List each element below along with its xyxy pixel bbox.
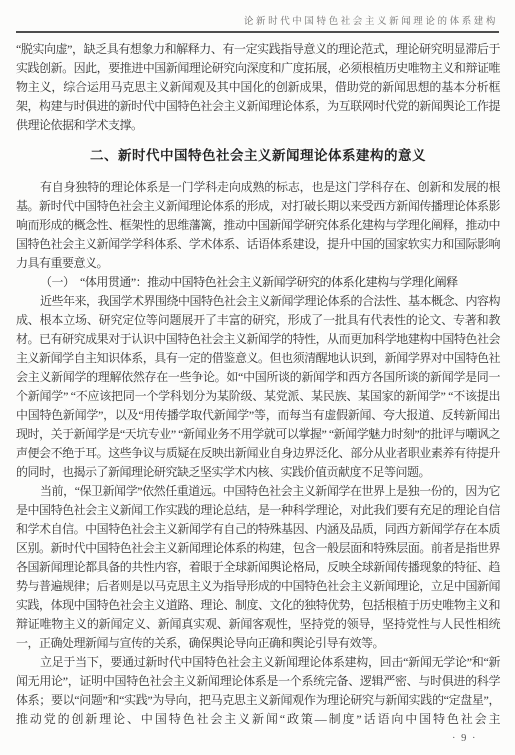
subsection-heading: （一） “体用贯通”：推动中国特色社会主义新闻学研究的体系化建构与学理化阐释 bbox=[16, 273, 500, 292]
paragraph: 有自身独特的理论体系是一门学科走向成熟的标志，也是这门学科存在、创新和发展的根基… bbox=[16, 178, 500, 273]
paragraph: 当前，“保卫新闻学”依然任重道远。中国特色社会主义新闻学在世界上是独一份的，因为… bbox=[16, 482, 500, 653]
running-header: 论新时代中国特色社会主义新闻理论的体系建构 bbox=[16, 13, 498, 27]
paragraph-continuation: “脱实向虚”，缺乏具有想象力和解释力、有一定实践指导意义的理论范式，理论研究明显… bbox=[16, 40, 500, 135]
header-rule-divider bbox=[16, 31, 499, 33]
paragraph: 立足于当下，要通过新时代中国特色社会主义新闻理论体系建构，回击“新闻无学论”和“… bbox=[16, 653, 500, 729]
page-content: “脱实向虚”，缺乏具有想象力和解释力、有一定实践指导意义的理论范式，理论研究明显… bbox=[16, 40, 500, 729]
paragraph: 近些年来，我国学术界围绕中国特色社会主义新闻学理论体系的合法性、基本概念、内容构… bbox=[16, 292, 500, 482]
running-title: 论新时代中国特色社会主义新闻理论的体系建构 bbox=[244, 17, 498, 27]
page-number: · 9 · bbox=[452, 733, 477, 744]
section-heading: 二、新时代中国特色社会主义新闻理论体系建构的意义 bbox=[16, 145, 500, 166]
document-page: 论新时代中国特色社会主义新闻理论的体系建构 “脱实向虚”，缺乏具有想象力和解释力… bbox=[0, 0, 515, 755]
